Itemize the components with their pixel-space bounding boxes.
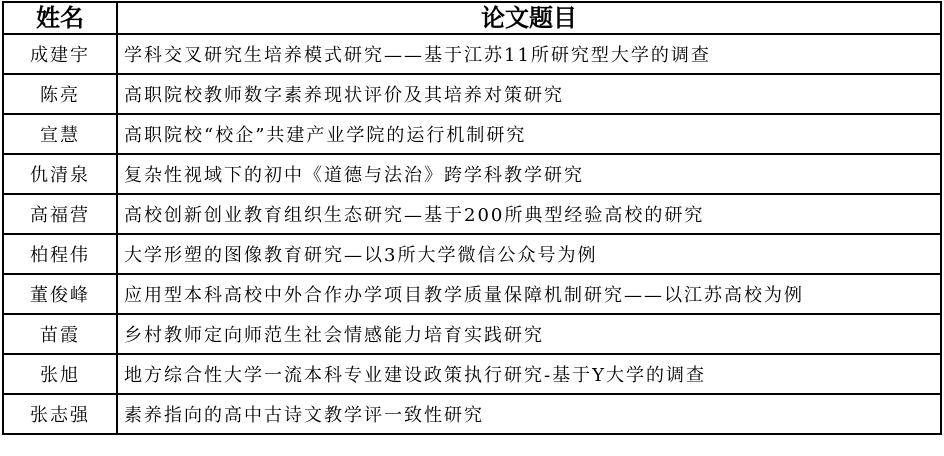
table-row: 陈亮 高职院校教师数字素养现状评价及其培养对策研究 — [3, 74, 941, 114]
author-name: 高福营 — [3, 194, 117, 234]
header-title: 论文题目 — [117, 2, 941, 34]
thesis-title: 学科交叉研究生培养模式研究——基于江苏11所研究型大学的调查 — [117, 34, 941, 74]
thesis-title: 高职院校教师数字素养现状评价及其培养对策研究 — [117, 74, 941, 114]
header-row: 姓名 论文题目 — [3, 2, 941, 34]
thesis-title: 应用型本科高校中外合作办学项目教学质量保障机制研究——以江苏高校为例 — [117, 274, 941, 314]
table-row: 仇清泉 复杂性视域下的初中《道德与法治》跨学科教学研究 — [3, 154, 941, 194]
table-row: 张志强 素养指向的高中古诗文教学评一致性研究 — [3, 394, 941, 434]
thesis-title: 乡村教师定向师范生社会情感能力培育实践研究 — [117, 314, 941, 354]
author-name: 成建宇 — [3, 34, 117, 74]
table-row: 张旭 地方综合性大学一流本科专业建设政策执行研究-基于Y大学的调查 — [3, 354, 941, 394]
thesis-title: 高校创新创业教育组织生态研究—基于200所典型经验高校的研究 — [117, 194, 941, 234]
thesis-table: 姓名 论文题目 成建宇 学科交叉研究生培养模式研究——基于江苏11所研究型大学的… — [2, 1, 942, 435]
thesis-title: 高职院校“校企”共建产业学院的运行机制研究 — [117, 114, 941, 154]
author-name: 张旭 — [3, 354, 117, 394]
table-row: 宣慧 高职院校“校企”共建产业学院的运行机制研究 — [3, 114, 941, 154]
table-row: 董俊峰 应用型本科高校中外合作办学项目教学质量保障机制研究——以江苏高校为例 — [3, 274, 941, 314]
thesis-title: 复杂性视域下的初中《道德与法治》跨学科教学研究 — [117, 154, 941, 194]
thesis-title: 地方综合性大学一流本科专业建设政策执行研究-基于Y大学的调查 — [117, 354, 941, 394]
author-name: 张志强 — [3, 394, 117, 434]
thesis-title: 素养指向的高中古诗文教学评一致性研究 — [117, 394, 941, 434]
author-name: 柏程伟 — [3, 234, 117, 274]
table-row: 成建宇 学科交叉研究生培养模式研究——基于江苏11所研究型大学的调查 — [3, 34, 941, 74]
author-name: 苗霞 — [3, 314, 117, 354]
thesis-title: 大学形塑的图像教育研究—以3所大学微信公众号为例 — [117, 234, 941, 274]
author-name: 陈亮 — [3, 74, 117, 114]
table-row: 高福营 高校创新创业教育组织生态研究—基于200所典型经验高校的研究 — [3, 194, 941, 234]
table-row: 柏程伟 大学形塑的图像教育研究—以3所大学微信公众号为例 — [3, 234, 941, 274]
author-name: 董俊峰 — [3, 274, 117, 314]
table-row: 苗霞 乡村教师定向师范生社会情感能力培育实践研究 — [3, 314, 941, 354]
author-name: 宣慧 — [3, 114, 117, 154]
header-name: 姓名 — [3, 2, 117, 34]
author-name: 仇清泉 — [3, 154, 117, 194]
